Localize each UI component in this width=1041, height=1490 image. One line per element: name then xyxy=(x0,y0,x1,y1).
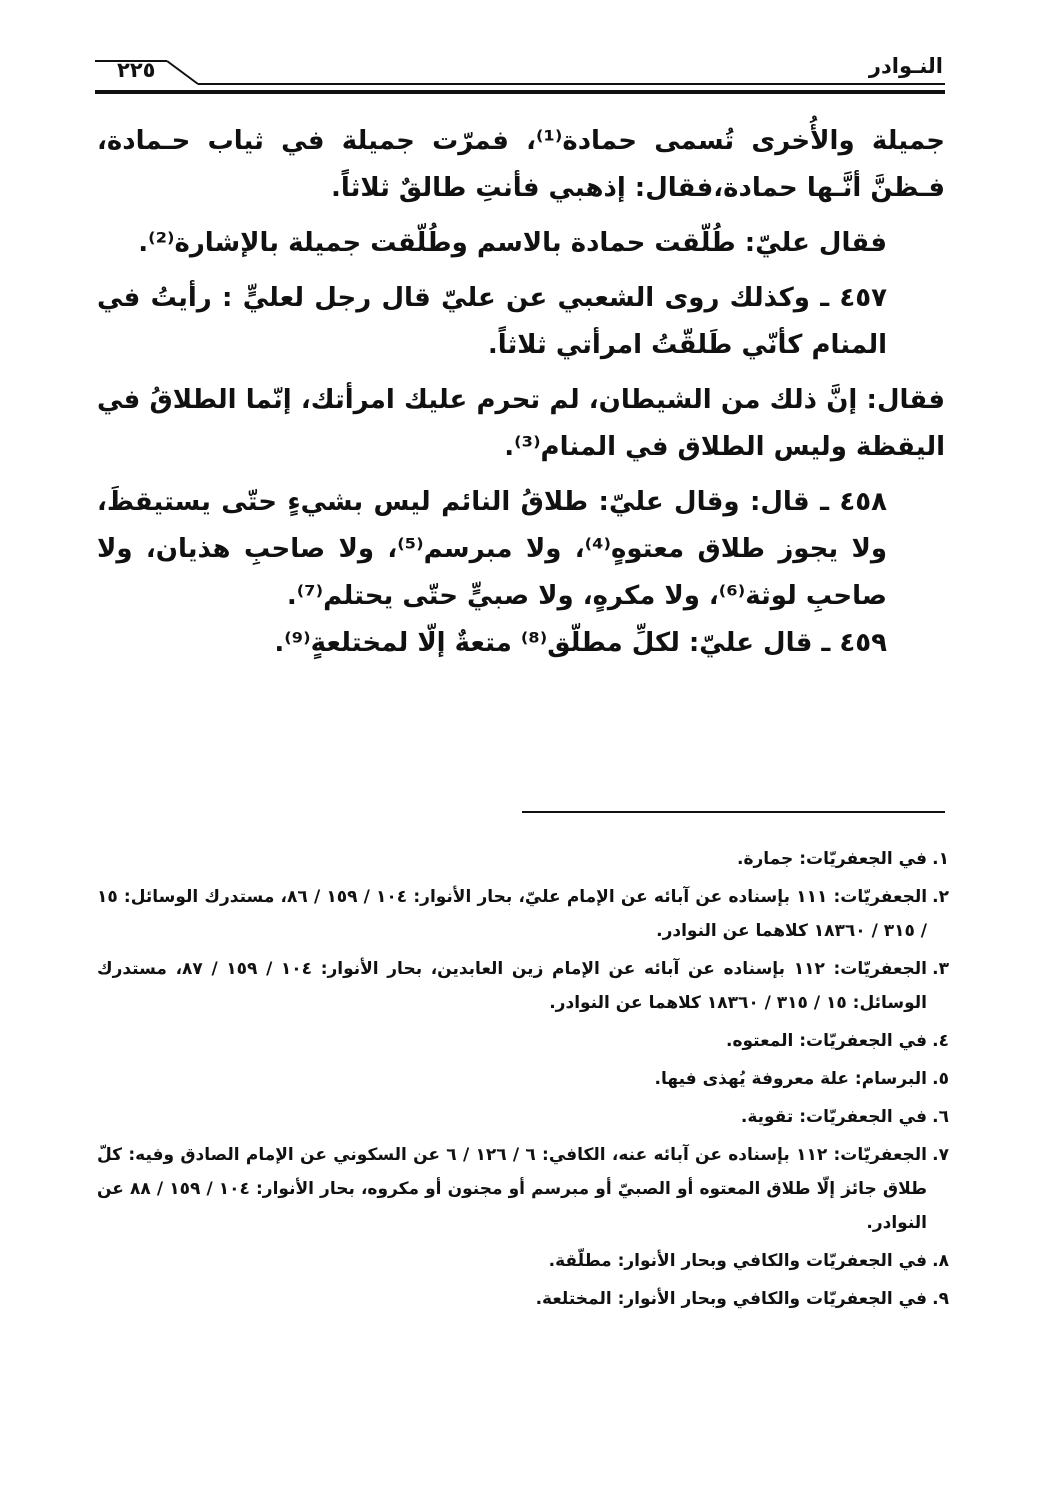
footnote-8: ٨.في الجعفريّات والكافي وبحار الأنوار: م… xyxy=(97,1244,949,1278)
footnote-text: الجعفريّات: ١١٢ بإسناده عن آبائه عنه، ال… xyxy=(97,1145,927,1233)
page-header: ٢٢٥ النـوادر xyxy=(95,50,945,96)
footnote-separator xyxy=(522,811,945,813)
paragraph-body: : إنَّ ذلك من الشيطان، لم تحرم عليك امرأ… xyxy=(97,385,945,462)
footnote-text: الجعفريّات: ١١٢ بإسناده عن آبائه عن الإم… xyxy=(97,959,927,1013)
header-rule-decoration xyxy=(95,50,945,96)
footnote-text: في الجعفريّات: تقوية. xyxy=(741,1107,927,1127)
speaker: فقال xyxy=(877,385,945,415)
footnote-number: ٧. xyxy=(927,1138,949,1172)
paragraph-saying: فقال: إنَّ ذلك من الشيطان، لم تحرم عليك … xyxy=(97,377,945,471)
footnote-text: البرسام: علة معروفة يُهذى فيها. xyxy=(655,1069,927,1089)
hadith-number: ٤٥٨ xyxy=(839,487,887,517)
footnote-5: ٥.البرسام: علة معروفة يُهذى فيها. xyxy=(97,1062,949,1096)
paragraph-body: : لكلِّ مطلّق⁽⁸⁾ متعةٌ إلّا لمختلعةٍ⁽⁹⁾. xyxy=(274,628,699,658)
hadith-number: ٤٥٩ xyxy=(839,628,887,658)
hadith-457: ٤٥٧ ـ وكذلك روى الشعبي عن عليّ قال رجل ل… xyxy=(97,275,945,369)
speaker: قال عليّ xyxy=(609,487,723,517)
main-text: جميلة والأُخرى تُسمى حمادة⁽¹⁾، فمرّت جمي… xyxy=(97,118,945,667)
running-title: النـوادر xyxy=(869,54,943,78)
speaker: قال عليّ xyxy=(699,628,812,658)
page-number: ٢٢٥ xyxy=(117,58,155,82)
hadith-number: ٤٥٧ xyxy=(839,283,887,313)
footnote-2: ٢.الجعفريّات: ١١١ بإسناده عن آبائه عن ال… xyxy=(97,880,949,948)
footnote-number: ٣. xyxy=(927,952,949,986)
footnote-3: ٣.الجعفريّات: ١١٢ بإسناده عن آبائه عن ال… xyxy=(97,952,949,1020)
footnote-number: ٩. xyxy=(927,1282,949,1316)
footnote-text: الجعفريّات: ١١١ بإسناده عن آبائه عن الإم… xyxy=(97,887,927,941)
footnote-number: ٥. xyxy=(927,1062,949,1096)
footnote-number: ٦. xyxy=(927,1100,949,1134)
footnote-4: ٤.في الجعفريّات: المعتوه. xyxy=(97,1024,949,1058)
paragraph-body: ـ وكذلك روى الشعبي عن عليّ قال رجل لعليٍ… xyxy=(97,283,887,360)
footnote-text: في الجعفريّات: المعتوه. xyxy=(726,1031,927,1051)
paragraph-prefix: ـ xyxy=(812,628,830,658)
footnote-text: في الجعفريّات: جمارة. xyxy=(737,849,927,869)
footnote-number: ٤. xyxy=(927,1024,949,1058)
hadith-458: ٤٥٨ ـ قال: وقال عليّ: طلاقُ النائم ليس ب… xyxy=(97,479,945,620)
footnote-9: ٩.في الجعفريّات والكافي وبحار الأنوار: ا… xyxy=(97,1282,949,1316)
footnote-number: ٨. xyxy=(927,1244,949,1278)
footnote-7: ٧.الجعفريّات: ١١٢ بإسناده عن آبائه عنه، … xyxy=(97,1138,949,1240)
footnote-number: ٢. xyxy=(927,880,949,914)
footnote-1: ١.في الجعفريّات: جمارة. xyxy=(97,842,949,876)
paragraph-saying: فقال عليّ: طُلّقت حمادة بالاسم وطُلّقت ج… xyxy=(97,220,945,267)
footnotes: ١.في الجعفريّات: جمارة. ٢.الجعفريّات: ١١… xyxy=(97,842,949,1320)
footnote-text: في الجعفريّات والكافي وبحار الأنوار: مطل… xyxy=(549,1251,927,1271)
speaker: فقال عليّ xyxy=(755,228,887,258)
paragraph: جميلة والأُخرى تُسمى حمادة⁽¹⁾، فمرّت جمي… xyxy=(97,118,945,212)
hadith-459: ٤٥٩ ـ قال عليّ: لكلِّ مطلّق⁽⁸⁾ متعةٌ إلّ… xyxy=(97,620,945,667)
footnote-text: في الجعفريّات والكافي وبحار الأنوار: الم… xyxy=(536,1289,927,1309)
footnote-number: ١. xyxy=(927,842,949,876)
paragraph-body: : طُلّقت حمادة بالاسم وطُلّقت جميلة بالإ… xyxy=(138,228,755,258)
footnote-6: ٦.في الجعفريّات: تقوية. xyxy=(97,1100,949,1134)
paragraph-prefix: ـ قال: و xyxy=(723,487,829,517)
